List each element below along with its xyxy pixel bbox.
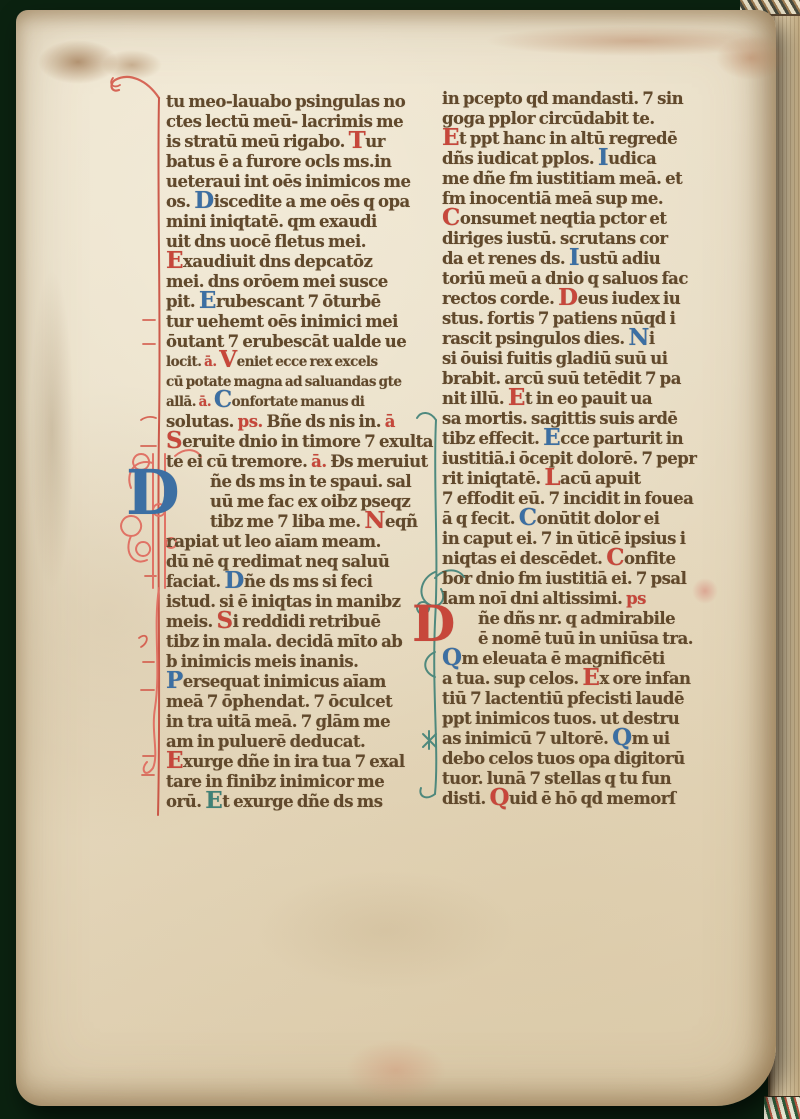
text-segment: nit illū. bbox=[442, 389, 508, 408]
text-segment: rit iniqtatē. bbox=[442, 469, 544, 488]
manuscript-line: Qm eleuata ē magnificēti bbox=[442, 649, 706, 669]
text-segment: ps. bbox=[238, 412, 267, 431]
text-segment: os. bbox=[166, 192, 194, 211]
manuscript-line: me dñe fm iustitiam meā. et bbox=[442, 169, 706, 189]
manuscript-line: stus. fortis 7 patiens nūqd i bbox=[442, 309, 706, 329]
manuscript-line: ctes lectū meū- lacrimis me bbox=[166, 112, 430, 132]
manuscript-line: ppt inimicos tuos. ut destru bbox=[442, 709, 706, 729]
text-segment: istud. si ē iniqtas in manibz bbox=[166, 592, 401, 611]
text-segment: bor dnio fm iustitiā ei. 7 psal bbox=[442, 569, 686, 588]
manuscript-line: meā 7 ōphendat. 7 ōculcet bbox=[166, 692, 430, 712]
manuscript-line: mini iniqtatē. qm exaudi bbox=[166, 212, 430, 232]
text-segment: eruite dnio in timore 7 exulta bbox=[182, 432, 433, 451]
text-segment: orū. bbox=[166, 792, 205, 811]
text-segment: t in eo pauit ua bbox=[525, 389, 652, 408]
text-segment: in caput ei. 7 in ūticē ipsius i bbox=[442, 529, 685, 548]
text-segment: onfite bbox=[624, 549, 676, 568]
text-segment: niqtas ei descēdet. bbox=[442, 549, 606, 568]
manuscript-line: niqtas ei descēdet. Confite bbox=[442, 549, 706, 569]
manuscript-line: brabit. arcū suū tetēdit 7 pa bbox=[442, 369, 706, 389]
manuscript-line: b inimicis meis inanis. bbox=[166, 652, 430, 672]
manuscript-line: rapiat ut leo aīam meam. bbox=[166, 532, 430, 552]
text-segment: onsumet neqtia pctor et bbox=[460, 209, 667, 228]
text-segment: tibz me 7 liba me. bbox=[210, 512, 364, 531]
text-segment: tur uehemt oēs inimici mei bbox=[166, 312, 398, 331]
text-segment: si ōuisi fuitis gladiū suū ui bbox=[442, 349, 668, 368]
text-segment: tuor. lunā 7 stellas q tu fun bbox=[442, 769, 671, 788]
drop-initial: D bbox=[412, 599, 455, 649]
manuscript-line: orū. Et exurge dñe ds ms bbox=[166, 792, 430, 812]
manuscript-scan: tu meo-lauabo psingulas noctes lectū meū… bbox=[0, 0, 800, 1119]
text-segment: am in puluerē deducat. bbox=[166, 732, 365, 751]
text-segment: ctes lectū meū- lacrimis me bbox=[166, 112, 403, 131]
manuscript-line: da et renes ds. Iustū adiu bbox=[442, 249, 706, 269]
text-segment: tibz effecit. bbox=[442, 429, 543, 448]
text-segment: eniet ecce rex excels bbox=[237, 354, 378, 370]
stain bbox=[256, 870, 516, 990]
manuscript-line: locit. ā. Veniet ecce rex excels bbox=[166, 352, 430, 372]
text-segment: te ei cū tremore. bbox=[166, 452, 311, 471]
text-segment: onfortate manus di bbox=[232, 394, 365, 410]
manuscript-line: istud. si ē iniqtas in manibz bbox=[166, 592, 430, 612]
text-segment: xaudiuit dns depcatōz bbox=[183, 252, 372, 271]
manuscript-line: sa mortis. sagittis suis ardē bbox=[442, 409, 706, 429]
manuscript-line: bor dnio fm iustitiā ei. 7 psal bbox=[442, 569, 706, 589]
text-segment: ā. bbox=[199, 394, 214, 410]
manuscript-line: ñe ds ms in te spaui. sal bbox=[166, 472, 430, 492]
text-segment: pit. bbox=[166, 292, 199, 311]
text-segment: acū apuit bbox=[560, 469, 641, 488]
manuscript-line: Et ppt hanc in altū regredē bbox=[442, 129, 706, 149]
text-segment: xurge dñe in ira tua 7 exal bbox=[183, 752, 405, 771]
manuscript-line: fm inocentiā meā sup me. bbox=[442, 189, 706, 209]
manuscript-line: os. Discedite a me oēs q opa bbox=[166, 192, 430, 212]
manuscript-line: uū me fac ex oibz pseqz bbox=[166, 492, 430, 512]
manuscript-line: si ōuisi fuitis gladiū suū ui bbox=[442, 349, 706, 369]
text-segment: ppt inimicos tuos. ut destru bbox=[442, 709, 679, 728]
text-segment: rapiat ut leo aīam meam. bbox=[166, 532, 381, 551]
manuscript-line: ā q fecit. Conūtit dolor ei bbox=[442, 509, 706, 529]
manuscript-line: in tra uitā meā. 7 glām me bbox=[166, 712, 430, 732]
manuscript-line: rascit psingulos dies. Ni bbox=[442, 329, 706, 349]
text-segment: diriges iustū. scrutans cor bbox=[442, 229, 668, 248]
text-segment: brabit. arcū suū tetēdit 7 pa bbox=[442, 369, 681, 388]
text-segment: Đs meruiut bbox=[330, 452, 428, 471]
manuscript-line: rectos corde. Deus iudex iu bbox=[442, 289, 706, 309]
manuscript-line: tu meo-lauabo psingulas no bbox=[166, 92, 430, 112]
text-segment: ps bbox=[626, 589, 646, 608]
text-column-left: tu meo-lauabo psingulas noctes lectū meū… bbox=[166, 92, 430, 812]
text-segment: tiū 7 lactentiū pfecisti laudē bbox=[442, 689, 684, 708]
text-segment: cū potate magna ad saluandas gte bbox=[166, 374, 401, 390]
text-segment: eus iudex iu bbox=[578, 289, 681, 308]
text-segment: rectos corde. bbox=[442, 289, 558, 308]
manuscript-line: rit iniqtatē. Lacū apuit bbox=[442, 469, 706, 489]
stain bbox=[38, 40, 118, 84]
text-segment: ur bbox=[365, 132, 385, 151]
text-segment: goga pplor circūdabit te. bbox=[442, 109, 655, 128]
manuscript-line: tibz effecit. Ecce parturit in bbox=[442, 429, 706, 449]
stain bbox=[30, 270, 74, 590]
manuscript-line: tur uehemt oēs inimici mei bbox=[166, 312, 430, 332]
text-segment: tare in finibz inimicor me bbox=[166, 772, 384, 791]
manuscript-line: disti. Quid ē hō qd memorſ bbox=[442, 789, 706, 809]
text-column-right: in pcepto qd mandasti. 7 singoga pplor c… bbox=[442, 89, 706, 809]
manuscript-line: ōutant 7 erubescāt ualde ue bbox=[166, 332, 430, 352]
manuscript-line: dñs iudicat pplos. Iudica bbox=[442, 149, 706, 169]
manuscript-line: ñe dñs nr. q admirabile bbox=[442, 609, 706, 629]
text-segment: is stratū meū rigabo. bbox=[166, 132, 349, 151]
text-segment: udica bbox=[608, 149, 656, 168]
text-segment: tibz in mala. decidā mīto ab bbox=[166, 632, 402, 651]
manuscript-line: pit. Erubescant 7 ōturbē bbox=[166, 292, 430, 312]
manuscript-line: faciat. Dñe ds ms si feci bbox=[166, 572, 430, 592]
manuscript-line: batus ē a furore ocls ms.in bbox=[166, 152, 430, 172]
manuscript-line: tiū 7 lactentiū pfecisti laudē bbox=[442, 689, 706, 709]
text-segment: as inimicū 7 ultorē. bbox=[442, 729, 612, 748]
text-segment: mini iniqtatē. qm exaudi bbox=[166, 212, 377, 231]
manuscript-line: Consumet neqtia pctor et bbox=[442, 209, 706, 229]
text-segment: ōutant 7 erubescāt ualde ue bbox=[166, 332, 406, 351]
manuscript-line: iustitiā.i ōcepit dolorē. 7 pepr bbox=[442, 449, 706, 469]
manuscript-line: in caput ei. 7 in ūticē ipsius i bbox=[442, 529, 706, 549]
text-segment: iscedite a me oēs q opa bbox=[214, 192, 410, 211]
text-segment: cce parturit in bbox=[560, 429, 683, 448]
manuscript-line: tibz me 7 liba me. Neqñ bbox=[166, 512, 430, 532]
manuscript-line: dū nē q redimat neq saluū bbox=[166, 552, 430, 572]
text-segment: eqñ bbox=[385, 512, 418, 531]
manuscript-line: lam noī dni altissimi. ps bbox=[442, 589, 706, 609]
text-segment: ustū adiu bbox=[579, 249, 660, 268]
stain bbox=[716, 36, 786, 80]
manuscript-line: debo celos tuos opa digitorū bbox=[442, 749, 706, 769]
manuscript-line: solutas. ps. Bñe ds nis in. ā bbox=[166, 412, 430, 432]
text-segment: me dñe fm iustitiam meā. et bbox=[442, 169, 682, 188]
text-segment: ā. bbox=[204, 354, 219, 370]
text-segment: rubescant 7 ōturbē bbox=[216, 292, 381, 311]
text-segment: rascit psingulos dies. bbox=[442, 329, 628, 348]
manuscript-line: Exurge dñe in ira tua 7 exal bbox=[166, 752, 430, 772]
text-segment: fm inocentiā meā sup me. bbox=[442, 189, 663, 208]
manuscript-line: goga pplor circūdabit te. bbox=[442, 109, 706, 129]
text-segment: tu meo-lauabo psingulas no bbox=[166, 92, 405, 111]
text-segment: uid ē hō qd memorſ bbox=[509, 789, 676, 808]
manuscript-line: am in puluerē deducat. bbox=[166, 732, 430, 752]
manuscript-line: Exaudiuit dns depcatōz bbox=[166, 252, 430, 272]
text-segment: disti. bbox=[442, 789, 489, 808]
text-segment: onūtit dolor ei bbox=[537, 509, 660, 528]
text-segment: locit. bbox=[166, 354, 204, 370]
drop-initial: D bbox=[126, 462, 180, 524]
text-segment: a tua. sup celos. bbox=[442, 669, 582, 688]
manuscript-line: 7 effodit eū. 7 incidit in fouea bbox=[442, 489, 706, 509]
text-segment: m ui bbox=[632, 729, 670, 748]
text-segment: uit dns uocē fletus mei. bbox=[166, 232, 366, 251]
manuscript-line: Seruite dnio in timore 7 exulta bbox=[166, 432, 430, 452]
text-segment: i reddidi retribuē bbox=[233, 612, 381, 631]
manuscript-line: tuor. lunā 7 stellas q tu fun bbox=[442, 769, 706, 789]
text-segment: t exurge dñe ds ms bbox=[222, 792, 382, 811]
manuscript-line: in pcepto qd mandasti. 7 sin bbox=[442, 89, 706, 109]
text-segment: meā 7 ōphendat. 7 ōculcet bbox=[166, 692, 392, 711]
text-segment: dū nē q redimat neq saluū bbox=[166, 552, 389, 571]
text-segment: x ore infan bbox=[599, 669, 690, 688]
text-segment: ā bbox=[385, 412, 395, 431]
text-segment: iustitiā.i ōcepit dolorē. 7 pepr bbox=[442, 449, 697, 468]
stain bbox=[102, 50, 162, 80]
text-segment: i bbox=[649, 329, 655, 348]
text-segment: m eleuata ē magnificēti bbox=[462, 649, 665, 668]
text-segment: ā q fecit. bbox=[442, 509, 519, 528]
manuscript-line: tibz in mala. decidā mīto ab bbox=[166, 632, 430, 652]
text-segment: ersequat inimicus aīam bbox=[183, 672, 386, 691]
text-segment: da et renes ds. bbox=[442, 249, 569, 268]
text-segment: meis. bbox=[166, 612, 217, 631]
text-segment: batus ē a furore ocls ms.in bbox=[166, 152, 391, 171]
manuscript-line: is stratū meū rigabo. Tur bbox=[166, 132, 430, 152]
manuscript-line: as inimicū 7 ultorē. Qm ui bbox=[442, 729, 706, 749]
text-segment: ā. bbox=[311, 452, 330, 471]
manuscript-line: ē nomē tuū in uniūsa tra. bbox=[442, 629, 706, 649]
manuscript-line: meis. Si reddidi retribuē bbox=[166, 612, 430, 632]
text-segment: in tra uitā meā. 7 glām me bbox=[166, 712, 390, 731]
tailband bbox=[764, 1096, 800, 1119]
text-segment: debo celos tuos opa digitorū bbox=[442, 749, 685, 768]
manuscript-line: te ei cū tremore. ā. Đs meruiut bbox=[166, 452, 430, 472]
stain bbox=[346, 1040, 446, 1100]
text-segment: in pcepto qd mandasti. 7 sin bbox=[442, 89, 683, 108]
text-segment: 7 effodit eū. 7 incidit in fouea bbox=[442, 489, 693, 508]
text-segment: ñe dñs nr. q admirabile bbox=[478, 609, 675, 628]
stain bbox=[486, 26, 786, 56]
manuscript-line: cū potate magna ad saluandas gte bbox=[166, 372, 430, 392]
text-segment: dñs iudicat pplos. bbox=[442, 149, 598, 168]
text-segment: ñe ds ms in te spaui. sal bbox=[210, 472, 411, 491]
manuscript-line: nit illū. Et in eo pauit ua bbox=[442, 389, 706, 409]
text-segment: Bñe ds nis in. bbox=[266, 412, 384, 431]
text-segment: faciat. bbox=[166, 572, 224, 591]
text-segment: ñe ds ms si feci bbox=[244, 572, 373, 591]
text-segment: t ppt hanc in altū regredē bbox=[459, 129, 677, 148]
text-segment: lam noī dni altissimi. bbox=[442, 589, 626, 608]
manuscript-line: allā. ā. Confortate manus di bbox=[166, 392, 430, 412]
text-segment: ē nomē tuū in uniūsa tra. bbox=[478, 629, 693, 648]
manuscript-line: uit dns uocē fletus mei. bbox=[166, 232, 430, 252]
manuscript-line: a tua. sup celos. Ex ore infan bbox=[442, 669, 706, 689]
text-segment: b inimicis meis inanis. bbox=[166, 652, 358, 671]
manuscript-line: Persequat inimicus aīam bbox=[166, 672, 430, 692]
text-segment: allā. bbox=[166, 394, 199, 410]
